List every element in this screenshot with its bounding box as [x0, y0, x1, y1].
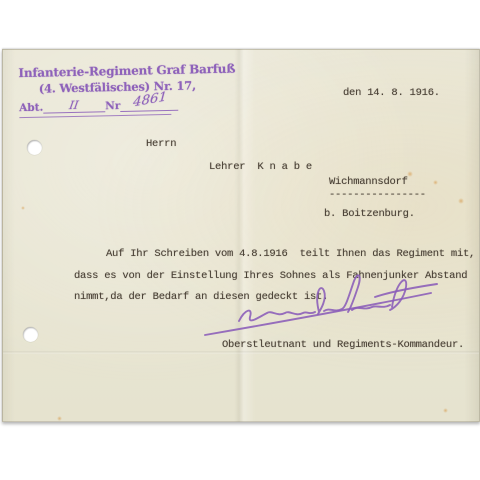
- regiment-ink-stamp: Infanterie-Regiment Graf Barfuß (4. West…: [14, 60, 225, 136]
- stamp-regiment-subtitle: (4. Westfälisches) Nr. 17,: [39, 78, 196, 95]
- stamp-regiment-name: Infanterie-Regiment Graf Barfuß: [18, 62, 235, 81]
- date-line: den 14. 8. 1916.: [343, 87, 440, 99]
- stamp-abt-nr-row: Abt.IINr4861: [19, 97, 178, 114]
- recipient-place: Wichmannsdorf: [329, 176, 408, 188]
- foxing-stain: [443, 408, 448, 413]
- punch-hole-bottom: [23, 327, 38, 342]
- foxing-stain: [458, 198, 464, 204]
- stamp-abt-handwritten-value: II: [69, 98, 80, 112]
- recipient-name: Lehrer K n a b e: [209, 161, 312, 173]
- handwritten-signature-scrawl: [193, 265, 443, 340]
- horizontal-fold-crease: [3, 351, 479, 354]
- recipient-salutation: Herrn: [146, 138, 176, 150]
- punch-hole-top: [27, 140, 42, 155]
- foxing-stain: [57, 416, 62, 421]
- scanned-letter-photo: Infanterie-Regiment Graf Barfuß (4. West…: [0, 0, 480, 480]
- stamp-abt-blank: II: [43, 98, 105, 113]
- recipient-near-town: b. Boitzenburg.: [324, 208, 415, 220]
- body-line-1: Auf Ihr Schreiben vom 4.8.1916 teilt Ihn…: [106, 248, 475, 260]
- stamp-bottom-rule: [19, 114, 171, 118]
- stamp-abt-label: Abt.: [19, 102, 43, 114]
- foxing-stain: [21, 206, 25, 210]
- recipient-place-underline: ----------------: [329, 189, 426, 201]
- stamp-nr-label: Nr: [105, 100, 120, 112]
- signoff-title: Oberstleutnant und Regiments-Kommandeur.: [222, 339, 464, 351]
- foxing-stain: [407, 171, 413, 177]
- letter-paper: Infanterie-Regiment Graf Barfuß (4. West…: [2, 49, 480, 422]
- stamp-nr-blank: 4861: [120, 97, 178, 112]
- foxing-stain: [433, 180, 438, 185]
